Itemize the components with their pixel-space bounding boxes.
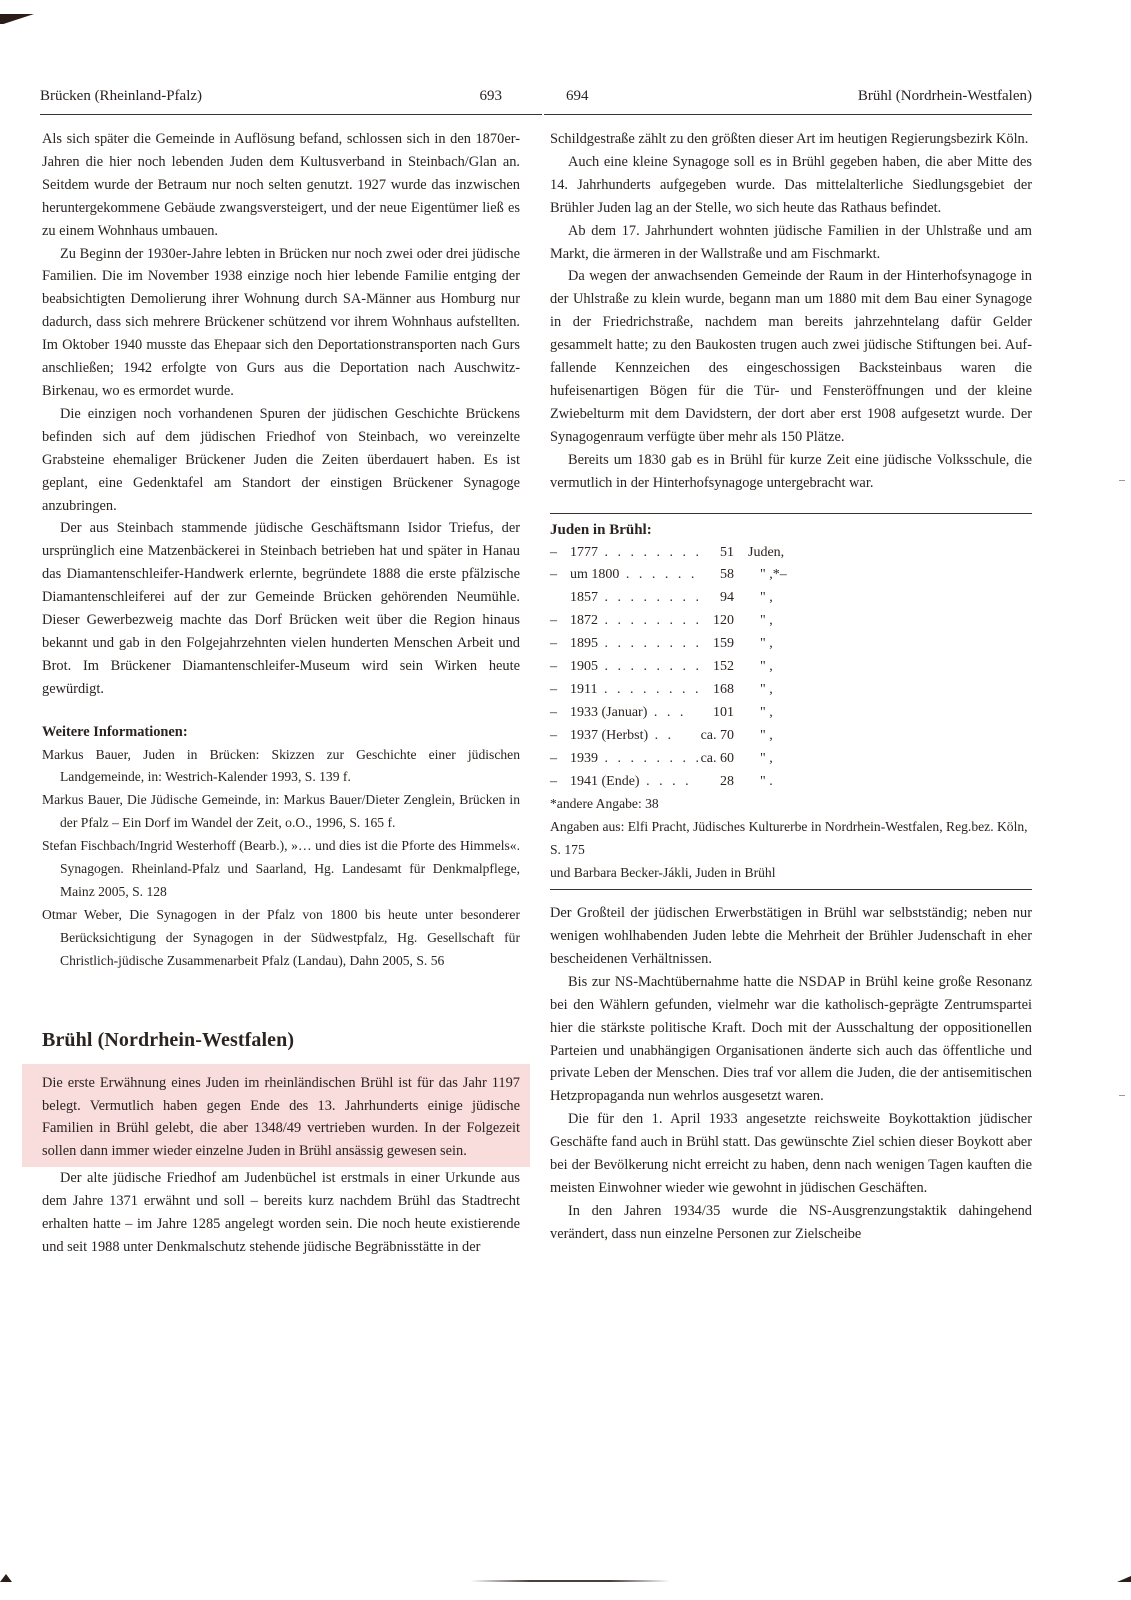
body-paragraph: Zu Beginn der 1930er-Jahre lebten in Brü… [42, 243, 520, 403]
scan-bottom-edge [470, 1580, 670, 1582]
body-paragraph: Als sich später die Gemeinde in Auflösun… [42, 128, 520, 243]
row-dash: – [550, 656, 570, 679]
body-paragraph: Auch eine kleine Synagoge soll es in Brü… [550, 151, 1032, 220]
leader-dots: . . . . . [640, 774, 698, 789]
reference-item: Otmar Weber, Die Synagogen in der Pfalz … [42, 904, 520, 973]
leader-dots: . . . . . . . . . . [597, 682, 698, 697]
scan-edge-tick [1119, 480, 1125, 481]
highlighted-passage: Die erste Erwähnung eines Juden im rhein… [22, 1064, 530, 1168]
row-count: 159 [698, 633, 734, 656]
row-unit: " , [734, 587, 830, 610]
leader-dots: . . . . . . . . . . . [598, 590, 698, 605]
table-row: 1857 . . . . . . . . . . .94" , [550, 587, 1032, 610]
row-year-label: 1911 [570, 682, 597, 697]
row-dash: – [550, 725, 570, 748]
row-count: ca. 70 [698, 725, 734, 748]
row-year-label: 1872 [570, 613, 598, 628]
table-row: –1941 (Ende) . . . . .28" . [550, 771, 1032, 794]
page-number: 693 [480, 88, 503, 105]
text-after-table: Der Großteil der jüdischen Erwerbstätige… [550, 902, 1032, 1246]
row-year-label: um 1800 [570, 567, 619, 582]
body-paragraph: Die einzigen noch vorhandenen Spuren der… [42, 403, 520, 518]
row-dash: – [550, 633, 570, 656]
running-head-title: Brücken (Rheinland-Pfalz) [40, 88, 202, 105]
row-year: 1857 . . . . . . . . . . . [570, 587, 698, 610]
table-source: und Barbara Becker-Jákli, Juden in Brühl [550, 862, 1032, 885]
left-page: Brücken (Rheinland-Pfalz) 693 Als sich s… [42, 88, 520, 1259]
page-number: 694 [566, 88, 589, 105]
row-year-label: 1937 (Herbst) [570, 728, 648, 743]
table-row: –1872 . . . . . . . . . .120" , [550, 610, 1032, 633]
row-count: 152 [698, 656, 734, 679]
row-unit: " ,*– [734, 564, 830, 587]
table-row: –1895 . . . . . . . . . .159" , [550, 633, 1032, 656]
row-dash: – [550, 542, 570, 565]
highlighted-paragraph: Die erste Erwähnung eines Juden im rhein… [42, 1072, 520, 1164]
table-rows: –1777 . . . . . . . . . . .51Juden,–um 1… [550, 542, 1032, 794]
scan-edge-tick [1119, 1095, 1125, 1096]
row-year-label: 1933 (Januar) [570, 705, 647, 720]
leader-dots: . . . . . . . . . . . [598, 545, 698, 560]
row-dash: – [550, 564, 570, 587]
leader-dots: . . [648, 728, 674, 743]
row-dash: – [550, 771, 570, 794]
reference-item: Markus Bauer, Die Jüdische Gemeinde, in:… [42, 789, 520, 835]
row-year: 1905 . . . . . . . . . . [570, 656, 698, 679]
row-year-label: 1939 [570, 751, 598, 766]
reference-list: Markus Bauer, Juden in Brücken: Skizzen … [42, 744, 520, 973]
table-row: –1911 . . . . . . . . . .168" , [550, 679, 1032, 702]
row-year: 1941 (Ende) . . . . . [570, 771, 698, 794]
row-count: 101 [698, 702, 734, 725]
table-row: –1905 . . . . . . . . . .152" , [550, 656, 1032, 679]
row-year: 1777 . . . . . . . . . . . [570, 542, 698, 565]
scan-corner-mark [0, 14, 34, 24]
row-unit: " . [734, 771, 830, 794]
running-head: 694 Brühl (Nordrhein-Westfalen) [544, 88, 1032, 115]
scan-corner-mark [1117, 1576, 1131, 1582]
row-year-label: 1905 [570, 659, 598, 674]
row-unit: " , [734, 633, 830, 656]
row-count: ca. 60 [698, 748, 734, 771]
body-paragraph: Bereits um 1830 gab es in Brühl für kurz… [550, 449, 1032, 495]
row-count: 168 [698, 679, 734, 702]
row-dash [550, 587, 570, 610]
row-year: 1939 . . . . . . . . . [570, 748, 698, 771]
table-row: –1937 (Herbst) . .ca. 70" , [550, 725, 1032, 748]
row-unit: " , [734, 748, 830, 771]
row-unit: " , [734, 702, 830, 725]
leader-dots: . . . . . . . . . . [598, 659, 698, 674]
body-paragraph: Die für den 1. April 1933 angesetzte rei… [550, 1108, 1032, 1200]
reference-item: Stefan Fischbach/Ingrid Westerhoff (Bear… [42, 835, 520, 904]
row-year: um 1800 . . . . . . . . [570, 564, 698, 587]
row-year: 1872 . . . . . . . . . . [570, 610, 698, 633]
leader-dots: . . . [647, 705, 686, 720]
table-row: –1777 . . . . . . . . . . .51Juden, [550, 542, 1032, 565]
row-count: 58 [698, 564, 734, 587]
table-source: Angaben aus: Elfi Pracht, Jüdisches Kult… [550, 816, 1032, 862]
row-unit: Juden, [734, 542, 818, 565]
row-year: 1937 (Herbst) . . [570, 725, 698, 748]
running-head: Brücken (Rheinland-Pfalz) 693 [40, 88, 542, 115]
row-unit: " , [734, 656, 830, 679]
row-year-label: 1857 [570, 590, 598, 605]
leader-dots: . . . . . . . . . . [598, 613, 698, 628]
table-row: –um 1800 . . . . . . . .58" ,*– [550, 564, 1032, 587]
table-row: –1933 (Januar) . . .101" , [550, 702, 1032, 725]
row-year: 1933 (Januar) . . . [570, 702, 698, 725]
scan-corner-mark [0, 1574, 12, 1582]
section-heading: Brühl (Nordrhein-Westfalen) [42, 1029, 520, 1052]
table-title: Juden in Brühl: [550, 518, 1032, 542]
body-paragraph: Der Großteil der jüdischen Erwerbstätige… [550, 902, 1032, 971]
table-row: –1939 . . . . . . . . .ca. 60" , [550, 748, 1032, 771]
running-head-title: Brühl (Nordrhein-Westfalen) [858, 88, 1032, 105]
leader-dots: . . . . . . . . . [598, 751, 698, 766]
row-dash: – [550, 610, 570, 633]
body-paragraph: Bis zur NS-Machtübernahme hatte die NSDA… [550, 971, 1032, 1108]
body-paragraph: Da wegen der anwachsenden Gemeinde der R… [550, 265, 1032, 448]
body-paragraph: Ab dem 17. Jahrhundert wohnten jüdische … [550, 220, 1032, 266]
row-year: 1911 . . . . . . . . . . [570, 679, 698, 702]
further-info-label: Weitere Informationen: [42, 721, 520, 744]
row-year-label: 1777 [570, 545, 598, 560]
row-year: 1895 . . . . . . . . . . [570, 633, 698, 656]
table-footnote: *andere Angabe: 38 [550, 793, 1032, 816]
row-year-label: 1895 [570, 636, 598, 651]
population-table: Juden in Brühl: –1777 . . . . . . . . . … [550, 513, 1032, 891]
row-count: 28 [698, 771, 734, 794]
reference-item: Markus Bauer, Juden in Brücken: Skizzen … [42, 744, 520, 790]
body-paragraph: Der alte jüdische Friedhof am Judenbüche… [42, 1167, 520, 1259]
row-unit: " , [734, 679, 830, 702]
row-count: 51 [698, 542, 734, 565]
body-paragraph: Der aus Steinbach stammende jüdische Ges… [42, 517, 520, 700]
body-paragraph: Schildgestraße zählt zu den größten dies… [550, 128, 1032, 151]
row-dash: – [550, 702, 570, 725]
right-page: 694 Brühl (Nordrhein-Westfalen) Schildge… [550, 88, 1032, 1246]
row-year-label: 1941 (Ende) [570, 774, 640, 789]
row-unit: " , [734, 725, 830, 748]
row-unit: " , [734, 610, 830, 633]
leader-dots: . . . . . . . . [619, 567, 698, 582]
row-count: 94 [698, 587, 734, 610]
row-dash: – [550, 679, 570, 702]
row-count: 120 [698, 610, 734, 633]
row-dash: – [550, 748, 570, 771]
leader-dots: . . . . . . . . . . [598, 636, 698, 651]
body-paragraph: In den Jahren 1934/35 wurde die NS-Ausgr… [550, 1200, 1032, 1246]
